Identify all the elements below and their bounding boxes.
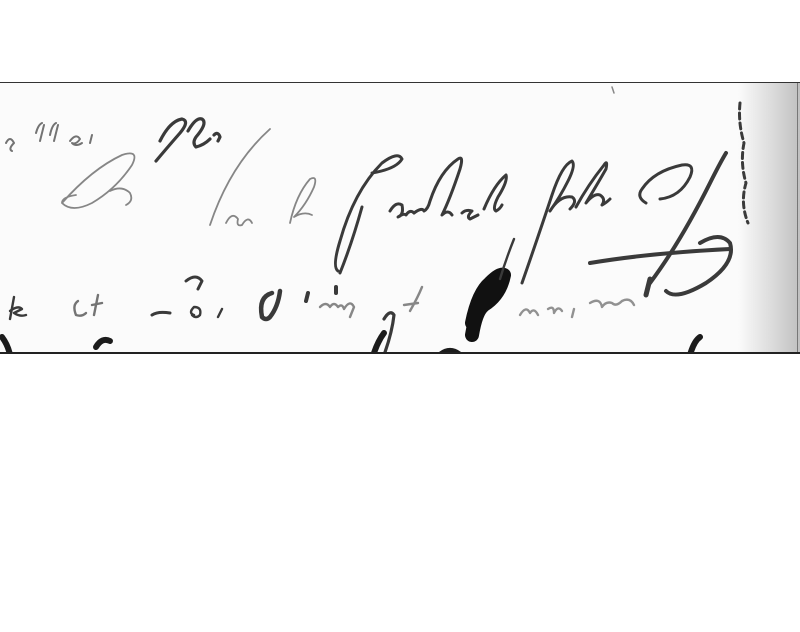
handwriting-line-2 [62,129,315,225]
handwriting-fle [156,119,220,161]
handwriting-paraphe [590,103,748,295]
handwriting-pth [522,161,692,283]
handwriting-line-3 [10,239,650,354]
manuscript-scan-strip: ...ettes fle L. Ant. fardel pth. [paraph… [0,82,800,354]
handwriting-fardel [335,156,506,273]
handwriting-ink [0,83,800,354]
handwriting-bottom-fragments [2,333,700,354]
handwriting-line-1 [6,123,92,151]
blank-page-area [0,356,800,632]
